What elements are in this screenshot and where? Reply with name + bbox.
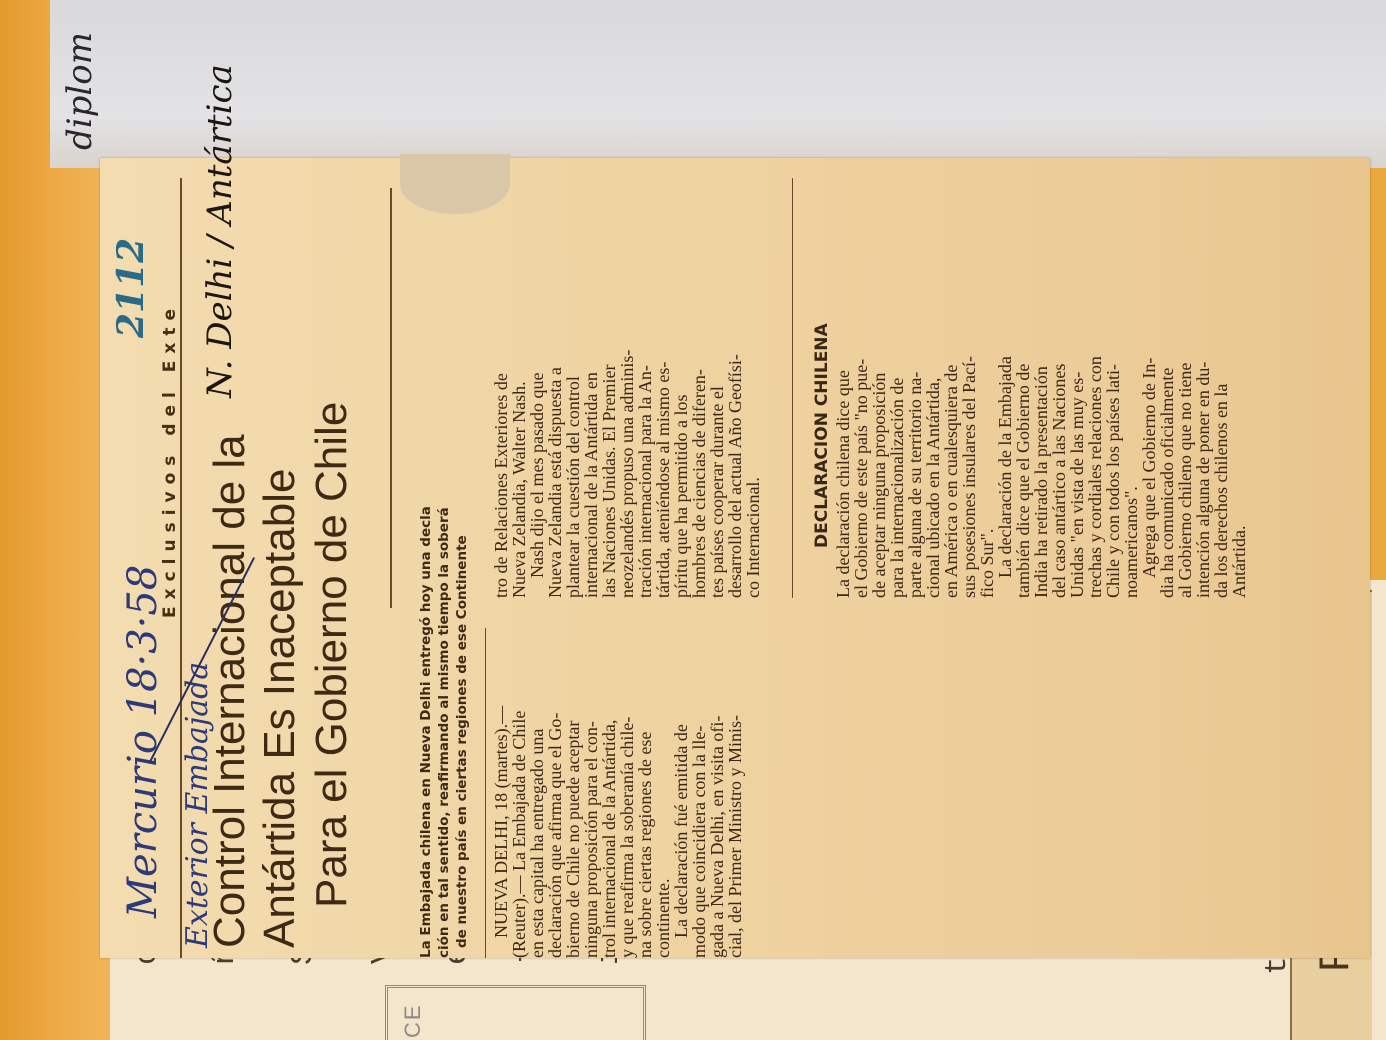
body-line: tes países cooperar durante el	[708, 386, 726, 598]
headline-line-3: Para el Gobierno de Chile	[310, 402, 354, 908]
handwritten-note-text: diplom	[60, 32, 100, 150]
body-line: cial, del Primer Ministro y Minis-	[726, 715, 744, 958]
body-line: Agrega que el Gobierno de In-	[1140, 358, 1158, 578]
subhead-declaracion-chilena: DECLARACION CHILENA	[812, 323, 832, 548]
body-line: dia ha comunicado oficialmente	[1158, 368, 1176, 598]
body-line: trechas y cordiales relaciones con	[1086, 356, 1104, 598]
body-line: tración internacional para la An-	[636, 365, 654, 598]
body-line: plantear la cuestión del control	[564, 376, 582, 598]
body-line: sus posesiones insulares del Pací-	[960, 356, 978, 598]
body-line: NUEVA DELHI, 18 (martes).—	[492, 706, 510, 938]
body-line: na sobre ciertas regiones de ese	[636, 732, 654, 958]
body-line: del caso antártico a las Naciones	[1050, 364, 1068, 598]
body-line: Nash dijo el mes pasado que	[528, 373, 546, 578]
torn-corner	[400, 154, 510, 214]
deck-line-3: de nuestro país en ciertas regiones de e…	[456, 535, 470, 948]
body-line: para la internacionalización de	[888, 378, 906, 598]
body-line: intención alguna de poner en du-	[1194, 362, 1212, 598]
body-line: gada a Nueva Delhi, en visita ofi-	[708, 716, 726, 958]
body-line: Unidas "en vista de las muy es-	[1068, 372, 1086, 598]
body-line: modo que coincidiera con la lle-	[690, 726, 708, 958]
body-line: La declaración chilena dice que	[834, 370, 852, 598]
body-line: al Gobierno chileno que no tiene	[1176, 363, 1194, 598]
headline-line-2: Antártida Es Inaceptable	[258, 469, 302, 948]
body-line: internacional de la Antártida en	[582, 372, 600, 598]
body-line: en América o en cualesquiera de	[942, 365, 960, 598]
body-line: neozelandés propuso una adminis-	[618, 350, 636, 598]
body-line: bierno de Chile no puede aceptar	[564, 721, 582, 958]
body-line: continente.	[654, 879, 672, 958]
body-line: La declaración fué emitida de	[672, 724, 690, 938]
newspaper-clipping: Exclusivos del Exte Mercurio 18·3·58 Ext…	[100, 158, 1370, 958]
body-line: tro de Relaciones Exteriores de	[492, 373, 510, 598]
top-paper-sheet	[50, 0, 1386, 168]
body-line: tártida, ateniéndose al mismo es-	[654, 362, 672, 598]
body-line: las Naciones Unidas. El Premier	[600, 365, 618, 598]
body-line: Nueva Zelandia está dispuesta a	[546, 367, 564, 598]
body-line: co Internacional.	[744, 477, 762, 598]
stamp-box: CE	[385, 985, 646, 1040]
column-rule	[485, 628, 486, 958]
body-line: India ha retirado la presentación	[1032, 366, 1050, 598]
body-line: Chile y con todos los países lati-	[1104, 364, 1122, 598]
body-line: (Reuter).— La Embajada de Chile	[510, 711, 528, 958]
body-line: en esta capital ha entregado una	[528, 729, 546, 958]
body-line: cional ubicado en la Antártida,	[924, 378, 942, 598]
body-line: y que reafirma la soberanía chile-	[618, 717, 636, 958]
column-rule	[792, 178, 793, 598]
body-line: trol internacional de la Antártida,	[600, 720, 618, 958]
body-line: también dice que el Gobierno de	[1014, 364, 1032, 598]
handwritten-note-top: diplom	[60, 0, 100, 160]
body-line: fico Sur".	[978, 529, 996, 598]
headline-line-1: Control Internacional de la	[208, 434, 252, 948]
body-line: declaración que afirma que el Go-	[546, 713, 564, 958]
body-line: La declaración de la Embajada	[996, 356, 1014, 578]
body-line: de aceptar ninguna proposición	[870, 373, 888, 598]
body-line: Nueva Zelandia, Walter Nash.	[510, 381, 528, 598]
deck-line-2: ción en tal sentido, reafirmando al mism…	[438, 507, 452, 958]
body-line: píritu que ha permitido a los	[672, 395, 690, 598]
body-line: el Gobierno de este país "no pue-	[852, 359, 870, 598]
body-line: da los derechos chilenos en la	[1212, 384, 1230, 598]
body-line: Antártida.	[1230, 526, 1248, 598]
body-line: parte alguna de su territorio na-	[906, 372, 924, 598]
handwritten-number: 2112	[110, 238, 152, 338]
body-line: desarrollo del actual Año Geofísi-	[726, 354, 744, 598]
headline-rule	[390, 188, 392, 608]
body-line: noamericanos".	[1122, 486, 1140, 598]
handwritten-annotation-top: N. Delhi / Antártica	[200, 64, 240, 398]
body-line: hombres de ciencias de diferen-	[690, 369, 708, 598]
stamp-box-text: CE	[400, 1003, 426, 1038]
deck-line-1: La Embajada chilena en Nueva Delhi entre…	[420, 506, 434, 958]
body-line: ninguna proposición para el con-	[582, 721, 600, 958]
